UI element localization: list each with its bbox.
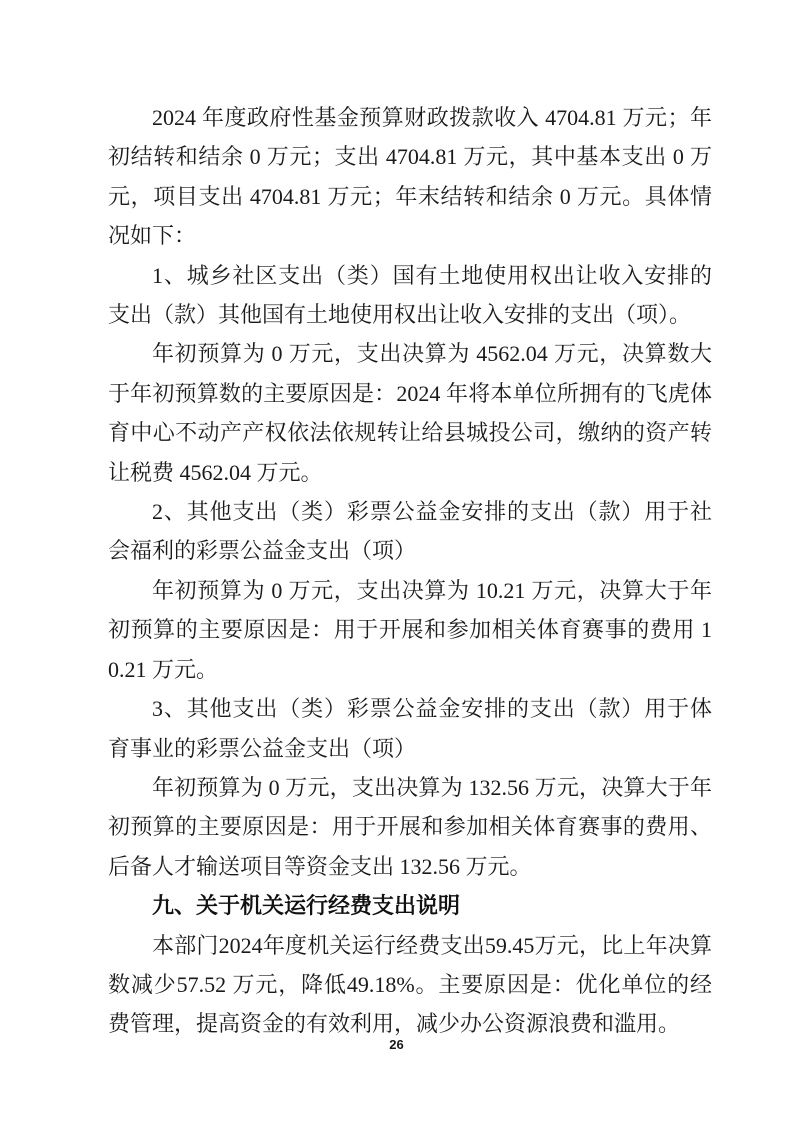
paragraph-item2-lottery-welfare-expense: 2、其他支出（类）彩票公益金安排的支出（款）用于社会福利的彩票公益金支出（项） [108, 492, 712, 571]
paragraph-item3-lottery-sports-expense: 3、其他支出（类）彩票公益金安排的支出（款）用于体育事业的彩票公益金支出（项） [108, 689, 712, 768]
paragraph-item1-urban-rural-community-expense: 1、城乡社区支出（类）国有土地使用权出让收入安排的支出（款）其他国有土地使用权出… [108, 256, 712, 335]
paragraph-item3-budget-explanation: 年初预算为 0 万元，支出决算为 132.56 万元，决算大于年初预算的主要原因… [108, 768, 712, 886]
section-heading-operating-expense: 九、关于机关运行经费支出说明 [108, 886, 712, 925]
paragraph-item1-budget-explanation: 年初预算为 0 万元，支出决算为 4562.04 万元，决算数大于年初预算数的主… [108, 334, 712, 492]
paragraph-operating-expense-explanation: 本部门2024年度机关运行经费支出59.45万元，比上年决算数减少57.52 万… [108, 926, 712, 1044]
document-body: 2024 年度政府性基金预算财政拨款收入 4704.81 万元；年初结转和结余 … [108, 98, 712, 1044]
document-page: 2024 年度政府性基金预算财政拨款收入 4704.81 万元；年初结转和结余 … [0, 0, 793, 1122]
page-footer: 26 [0, 1036, 793, 1054]
page-number: 26 [389, 1037, 403, 1052]
paragraph-gov-fund-budget-summary: 2024 年度政府性基金预算财政拨款收入 4704.81 万元；年初结转和结余 … [108, 98, 712, 256]
paragraph-item2-budget-explanation: 年初预算为 0 万元，支出决算为 10.21 万元，决算大于年初预算的主要原因是… [108, 571, 712, 689]
